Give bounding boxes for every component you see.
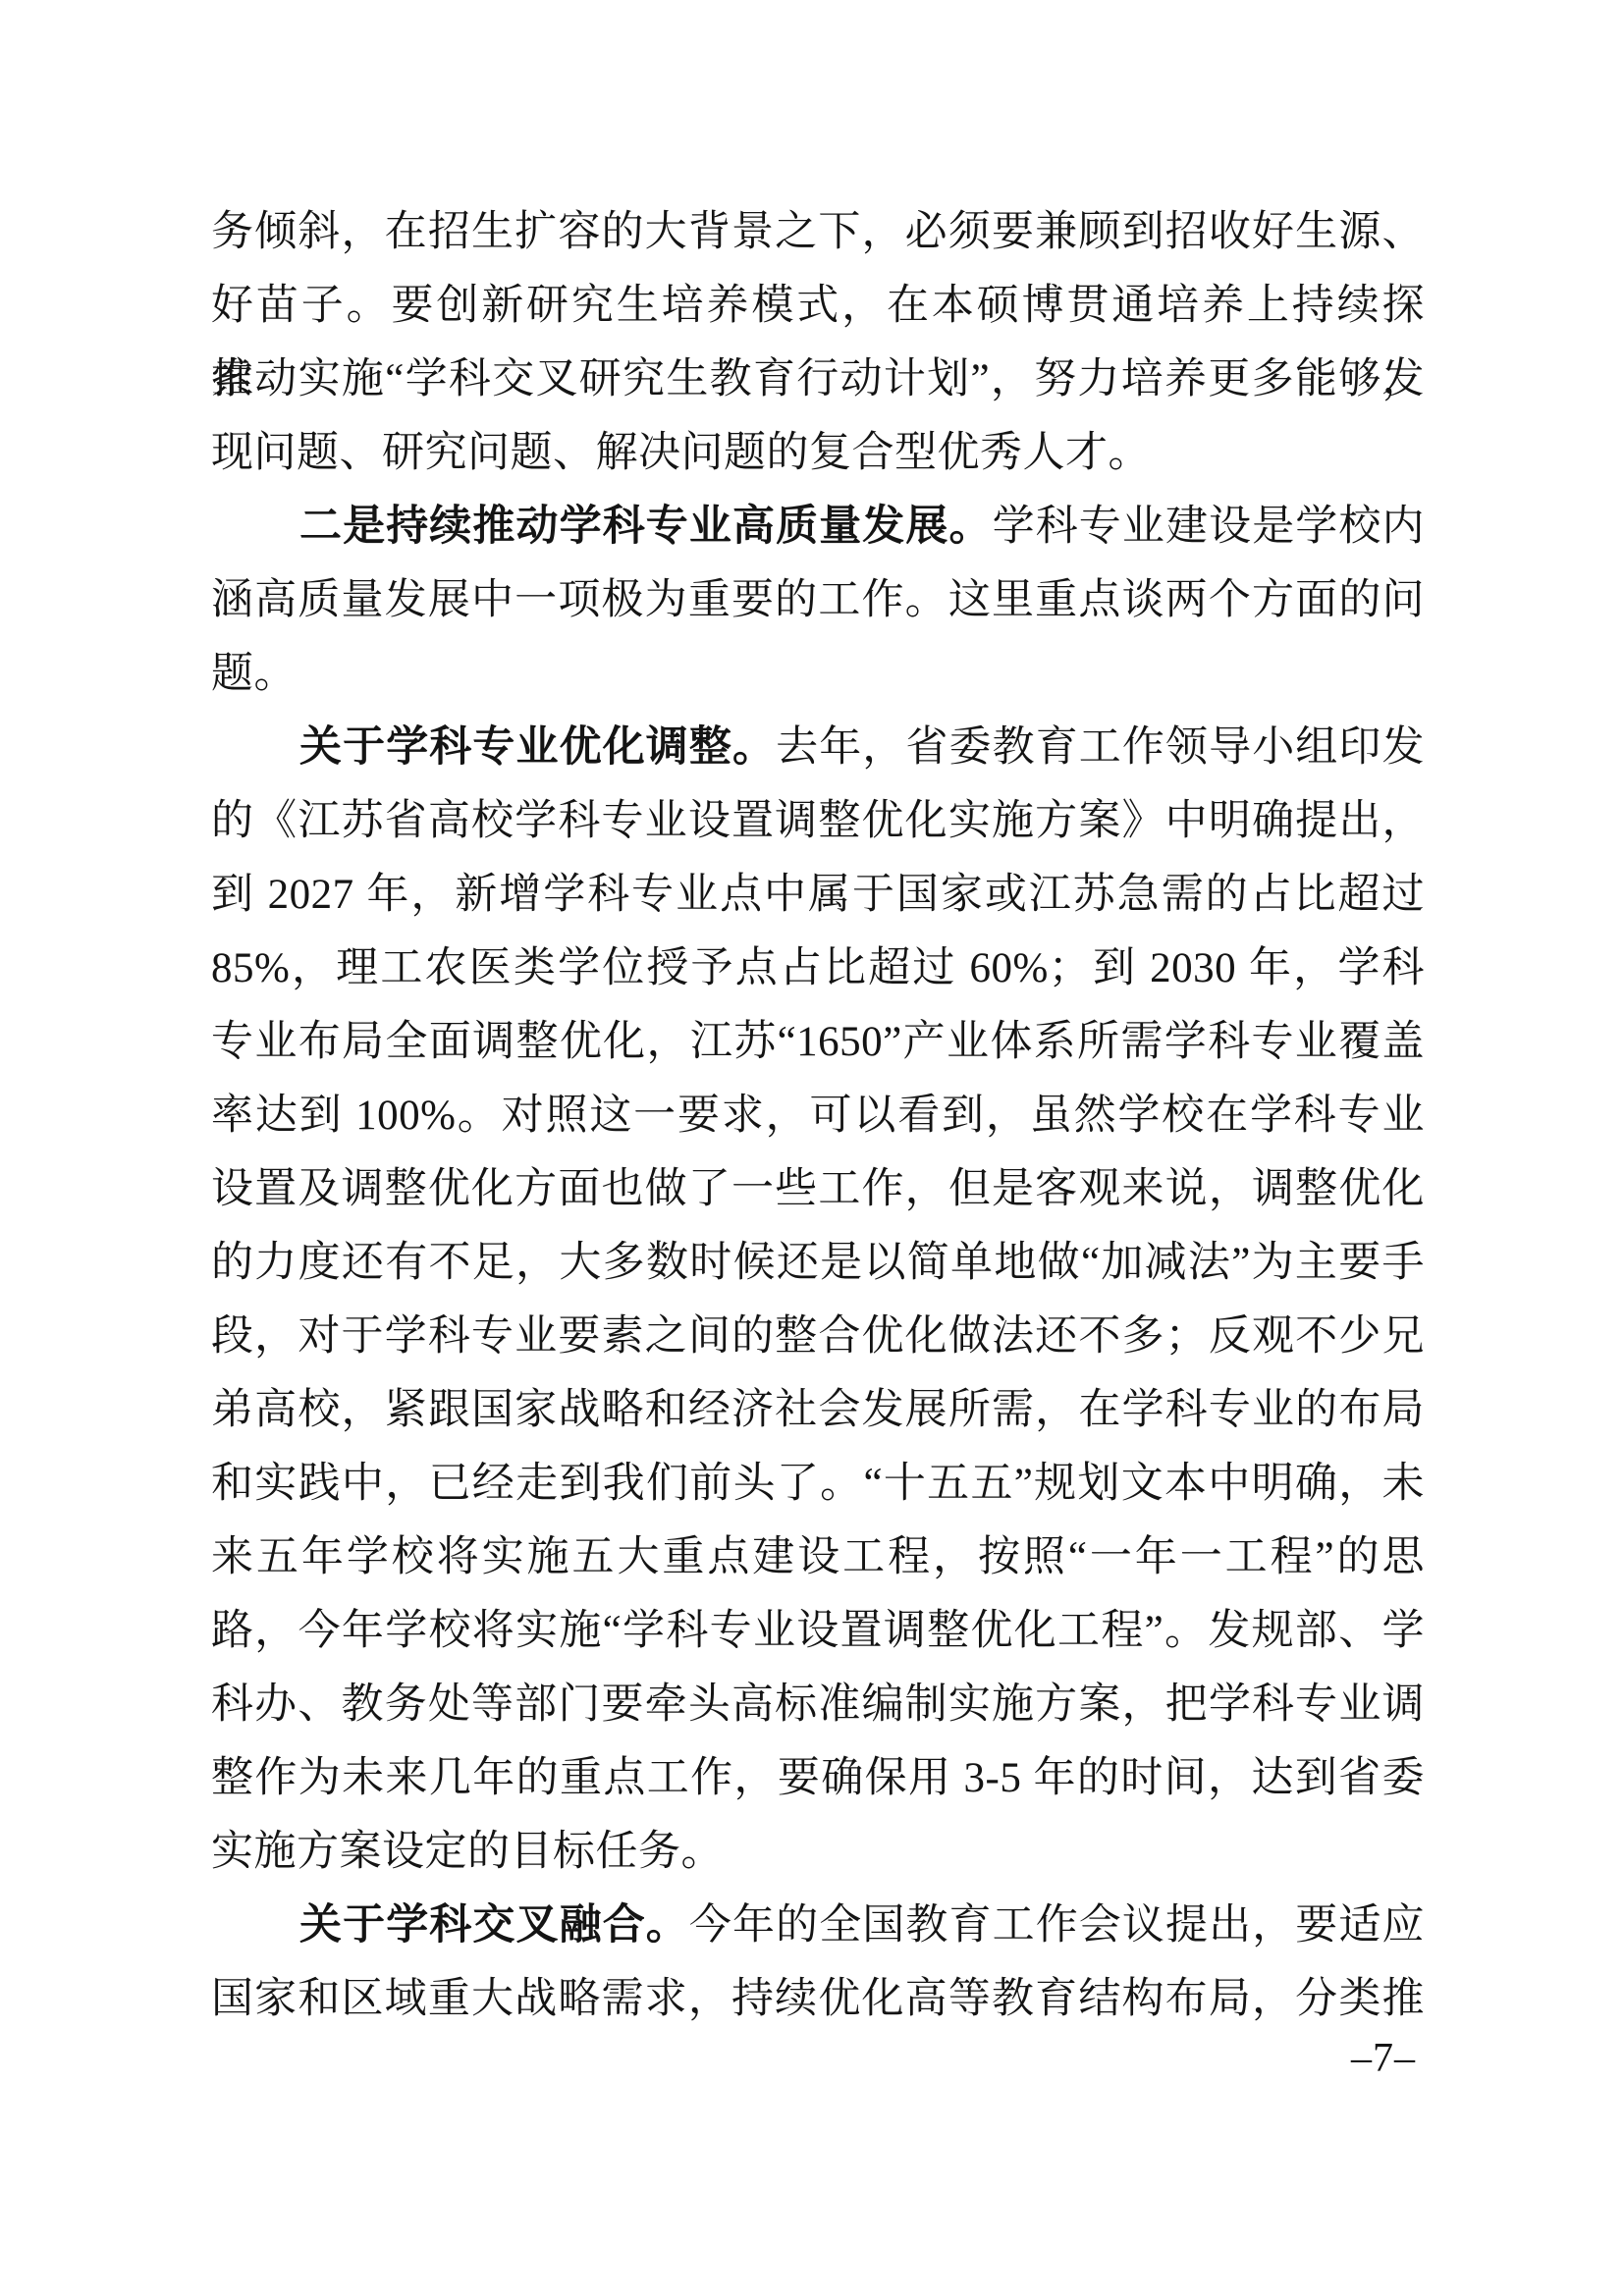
text-segment: 推动实施“学科交叉研究生教育行动计划”，努力培养更多能够发 bbox=[211, 356, 1425, 402]
text-segment: 弟高校，紧跟国家战略和经济社会发展所需，在学科专业的布局 bbox=[211, 1387, 1425, 1433]
text-segment: 实施方案设定的目标任务。 bbox=[211, 1829, 724, 1875]
page-number: –7– bbox=[1351, 2034, 1416, 2083]
text-segment: 的《江苏省高校学科专业设置调整优化实施方案》中明确提出， bbox=[211, 798, 1425, 844]
text-line: 路，今年学校将实施“学科专业设置调整优化工程”。发规部、学 bbox=[211, 1594, 1425, 1668]
text-segment: 学科专业建设是学校内 bbox=[993, 504, 1425, 550]
document-body: 务倾斜，在招生扩容的大背景之下，必须要兼顾到招收好生源、好苗子。要创新研究生培养… bbox=[211, 195, 1425, 2036]
text-segment: 专业布局全面调整优化，江苏“1650”产业体系所需学科专业覆盖 bbox=[211, 1019, 1425, 1065]
text-line: 实施方案设定的目标任务。 bbox=[211, 1815, 1425, 1889]
text-segment: 去年，省委教育工作领导小组印发 bbox=[776, 724, 1425, 771]
text-line: 的《江苏省高校学科专业设置调整优化实施方案》中明确提出， bbox=[211, 784, 1425, 858]
text-line: 和实践中，已经走到我们前头了。“十五五”规划文本中明确，未 bbox=[211, 1447, 1425, 1521]
text-line: 好苗子。要创新研究生培养模式，在本硕博贯通培养上持续探索， bbox=[211, 269, 1425, 343]
text-segment: 整作为未来几年的重点工作，要确保用 3-5 年的时间，达到省委 bbox=[211, 1755, 1425, 1801]
text-line: 设置及调整优化方面也做了一些工作，但是客观来说，调整优化 bbox=[211, 1152, 1425, 1226]
bold-heading-segment: 关于学科交叉融合。 bbox=[299, 1902, 689, 1949]
text-line: 关于学科交叉融合。今年的全国教育工作会议提出，要适应 bbox=[211, 1889, 1425, 1962]
text-line: 二是持续推动学科专业高质量发展。学科专业建设是学校内 bbox=[211, 490, 1425, 563]
text-line: 题。 bbox=[211, 637, 1425, 711]
text-segment: 率达到 100%。对照这一要求，可以看到，虽然学校在学科专业 bbox=[211, 1093, 1425, 1139]
text-line: 科办、教务处等部门要牵头高标准编制实施方案，把学科专业调 bbox=[211, 1668, 1425, 1741]
text-line: 整作为未来几年的重点工作，要确保用 3-5 年的时间，达到省委 bbox=[211, 1741, 1425, 1815]
text-segment: 科办、教务处等部门要牵头高标准编制实施方案，把学科专业调 bbox=[211, 1682, 1425, 1728]
text-line: 关于学科专业优化调整。去年，省委教育工作领导小组印发 bbox=[211, 711, 1425, 784]
text-line: 务倾斜，在招生扩容的大背景之下，必须要兼顾到招收好生源、 bbox=[211, 195, 1425, 269]
text-line: 国家和区域重大战略需求，持续优化高等教育结构布局，分类推 bbox=[211, 1962, 1425, 2036]
text-line: 专业布局全面调整优化，江苏“1650”产业体系所需学科专业覆盖 bbox=[211, 1005, 1425, 1079]
text-line: 弟高校，紧跟国家战略和经济社会发展所需，在学科专业的布局 bbox=[211, 1373, 1425, 1447]
text-segment: 来五年学校将实施五大重点建设工程，按照“一年一工程”的思 bbox=[211, 1534, 1425, 1580]
text-segment: 段，对于学科专业要素之间的整合优化做法还不多；反观不少兄 bbox=[211, 1313, 1425, 1360]
text-line: 现问题、研究问题、解决问题的复合型优秀人才。 bbox=[211, 416, 1425, 490]
text-line: 到 2027 年，新增学科专业点中属于国家或江苏急需的占比超过 bbox=[211, 858, 1425, 932]
text-line: 的力度还有不足，大多数时候还是以简单地做“加减法”为主要手 bbox=[211, 1226, 1425, 1300]
text-line: 段，对于学科专业要素之间的整合优化做法还不多；反观不少兄 bbox=[211, 1300, 1425, 1373]
text-line: 来五年学校将实施五大重点建设工程，按照“一年一工程”的思 bbox=[211, 1521, 1425, 1594]
text-segment: 今年的全国教育工作会议提出，要适应 bbox=[689, 1902, 1425, 1949]
text-segment: 国家和区域重大战略需求，持续优化高等教育结构布局，分类推 bbox=[211, 1976, 1425, 2022]
text-segment: 路，今年学校将实施“学科专业设置调整优化工程”。发规部、学 bbox=[211, 1608, 1425, 1654]
bold-heading-segment: 二是持续推动学科专业高质量发展。 bbox=[299, 504, 993, 550]
text-line: 涵高质量发展中一项极为重要的工作。这里重点谈两个方面的问 bbox=[211, 563, 1425, 637]
text-segment: 题。 bbox=[211, 651, 297, 697]
text-segment: 和实践中，已经走到我们前头了。“十五五”规划文本中明确，未 bbox=[211, 1461, 1425, 1507]
text-line: 推动实施“学科交叉研究生教育行动计划”，努力培养更多能够发 bbox=[211, 343, 1425, 416]
text-segment: 85%，理工农医类学位授予点占比超过 60%；到 2030 年，学科 bbox=[211, 945, 1425, 991]
text-segment: 务倾斜，在招生扩容的大背景之下，必须要兼顾到招收好生源、 bbox=[211, 209, 1425, 255]
text-line: 率达到 100%。对照这一要求，可以看到，虽然学校在学科专业 bbox=[211, 1079, 1425, 1152]
text-segment: 设置及调整优化方面也做了一些工作，但是客观来说，调整优化 bbox=[211, 1166, 1425, 1212]
document-page: 务倾斜，在招生扩容的大背景之下，必须要兼顾到招收好生源、好苗子。要创新研究生培养… bbox=[0, 0, 1624, 2296]
text-segment: 涵高质量发展中一项极为重要的工作。这里重点谈两个方面的问 bbox=[211, 577, 1425, 623]
text-segment: 到 2027 年，新增学科专业点中属于国家或江苏急需的占比超过 bbox=[211, 872, 1425, 918]
text-segment: 的力度还有不足，大多数时候还是以简单地做“加减法”为主要手 bbox=[211, 1240, 1425, 1286]
text-line: 85%，理工农医类学位授予点占比超过 60%；到 2030 年，学科 bbox=[211, 932, 1425, 1005]
text-segment: 现问题、研究问题、解决问题的复合型优秀人才。 bbox=[211, 430, 1151, 476]
bold-heading-segment: 关于学科专业优化调整。 bbox=[299, 724, 776, 771]
